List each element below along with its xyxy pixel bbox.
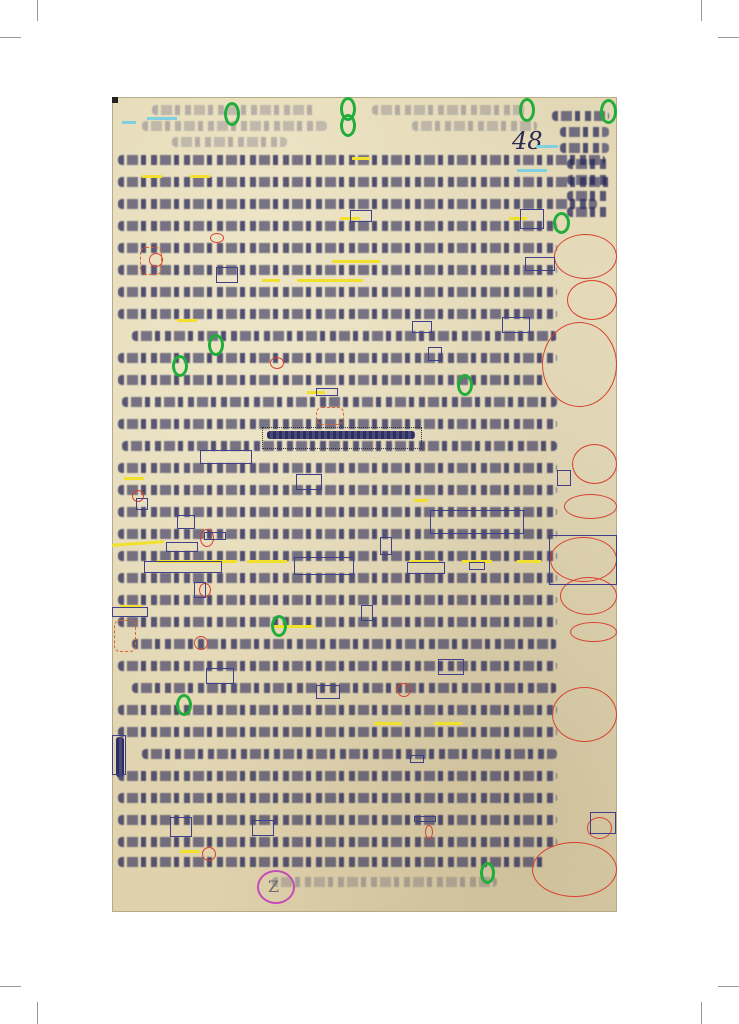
bracketed-word-box [216,267,238,283]
yellow-highlight [190,175,210,178]
yellow-highlight [297,279,363,282]
bracketed-word-box [316,388,338,396]
orange-dashed-box [140,247,162,275]
green-circle-marker [271,615,287,637]
cyan-highlight [147,117,177,120]
red-circle-margin-note [567,280,617,320]
bracketed-word-box [557,470,571,486]
green-circle-marker [519,98,535,122]
green-circle-marker [457,374,473,396]
bracketed-word-box [296,474,322,490]
yellow-highlight [177,319,197,322]
bracketed-word-box [502,317,530,333]
bracketed-word-box [144,561,222,573]
bracketed-word-box [412,321,432,333]
red-circle-margin-note [554,234,617,279]
yellow-highlight [517,560,541,563]
bracketed-word-box [590,812,616,834]
red-circle-margin-note [564,494,617,519]
yellow-highlight [414,499,428,502]
crop-mark-top-left-h [0,37,21,38]
bracketed-word-box [166,542,198,552]
bracketed-word-box [136,498,148,510]
bracketed-word-box [350,210,372,222]
bracketed-word-box [177,515,195,529]
cyan-highlight [122,121,136,124]
bracketed-word-box [430,510,524,534]
green-circle-marker [340,114,356,137]
yellow-highlight [434,722,462,725]
yellow-highlight [180,850,200,853]
green-circle-marker [224,102,240,126]
crop-mark-top-right-v [701,0,702,21]
red-circle-small [270,357,284,369]
red-circle-margin-note [542,322,617,407]
green-circle-marker [600,99,617,124]
crop-mark-bottom-right-h [718,986,739,987]
bracketed-word-box [112,607,148,617]
cyan-highlight [536,145,558,148]
green-circle-marker [176,694,192,716]
crop-mark-top-right-h [718,37,739,38]
dotted-selection-box [262,427,422,449]
yellow-highlight [142,175,162,178]
bracketed-word-box [194,582,206,598]
red-circle-small [425,825,433,839]
bracketed-word-box [206,668,234,684]
bracketed-word-box [520,209,544,229]
red-circle-small [210,233,224,243]
green-circle-marker [208,334,224,356]
red-circle-small [397,683,411,697]
crop-mark-bottom-right-v [701,1002,702,1024]
red-circle-small [202,847,216,861]
cyan-highlight [517,169,547,172]
yellow-highlight [247,560,287,563]
bracketed-word-box [170,817,192,837]
yellow-highlight [352,157,370,160]
bracketed-word-box [361,605,373,621]
green-circle-marker [172,355,188,377]
red-circle-margin-note [570,622,617,642]
bracketed-word-box [438,659,464,675]
red-circle-margin-note [572,444,617,484]
yellow-highlight [374,722,402,725]
crop-mark-bottom-left-h [0,986,21,987]
bracketed-word-box [549,535,617,585]
red-circle-margin-note [532,842,617,897]
bracketed-word-box [252,820,274,836]
green-circle-marker [480,862,495,884]
bracketed-word-box [407,562,445,574]
bracketed-word-box [525,257,555,271]
crop-mark-top-left-v [37,0,38,21]
bracketed-word-box [294,557,354,575]
manuscript-page: 48 [112,97,617,912]
bracketed-word-box [200,450,252,464]
red-circle-small [194,636,208,650]
yellow-highlight [124,477,144,480]
page-number: 48 [512,127,543,155]
green-circle-marker [553,212,570,234]
bracketed-word-box [428,347,442,361]
orange-dashed-box [114,620,136,652]
red-circle-margin-note [552,687,617,742]
orange-dashed-box [316,407,344,425]
corner-marker-label: Z [268,877,279,896]
bracketed-word-box [410,755,424,763]
bracketed-word-box [380,537,392,555]
bracketed-word-box [414,816,436,822]
yellow-highlight [262,279,280,282]
bracketed-word-box [316,685,340,699]
yellow-highlight [332,260,380,263]
bracketed-word-box [204,532,226,540]
crop-mark-bottom-left-v [37,1002,38,1024]
bracketed-word-box [112,735,126,775]
yellow-highlight [112,540,164,547]
bracketed-word-box [469,562,485,570]
